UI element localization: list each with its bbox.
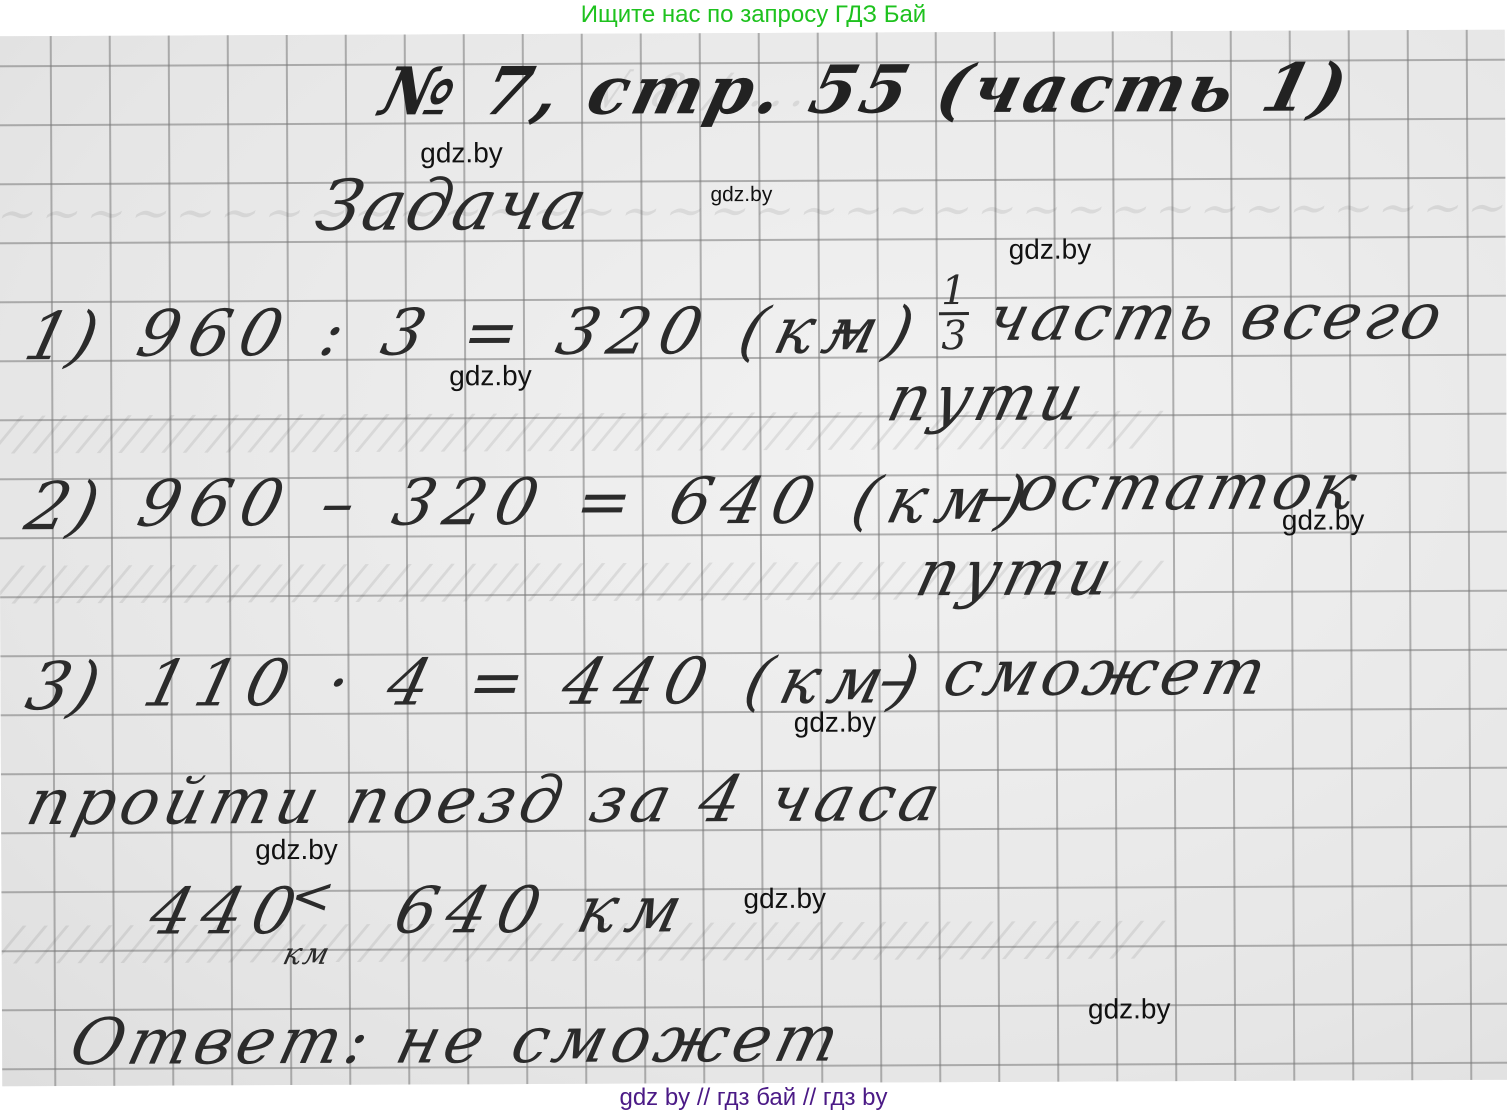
step-3-label: 3) bbox=[19, 648, 110, 725]
problem-title: Задача bbox=[308, 164, 597, 247]
fraction-numerator: 1 bbox=[941, 268, 967, 314]
step-1-comment: часть всего bbox=[980, 280, 1454, 356]
exercise-header: № 7, стр. 55 (часть 1) bbox=[373, 48, 1359, 130]
comparison-left-unit: км bbox=[279, 937, 334, 972]
step-2-comment-continued: пути bbox=[909, 536, 1123, 611]
answer-text: Ответ: не сможет bbox=[63, 1003, 851, 1080]
step-2-label: 2) bbox=[18, 468, 109, 545]
step-3-comment-continued: пройти поезд за 4 часа bbox=[20, 762, 952, 840]
step-1-comment-continued: пути bbox=[880, 362, 1094, 437]
search-hint-banner: Ищите нас по запросу ГДЗ Бай bbox=[0, 0, 1507, 33]
step-1-label: 1) bbox=[18, 298, 109, 375]
watermark: gdz.by bbox=[1282, 505, 1365, 535]
watermark: gdz.by bbox=[1009, 235, 1092, 265]
step-2-expression: 960 – 320 = 640 (км) bbox=[131, 464, 1044, 542]
fraction-denominator: 3 bbox=[941, 313, 967, 359]
step-1-fraction: 1 3 bbox=[939, 272, 969, 355]
watermark: gdz.by bbox=[1088, 994, 1171, 1024]
watermark: gdz.by bbox=[710, 183, 772, 207]
watermark: gdz.by bbox=[794, 707, 877, 737]
step-3-comment: сможет bbox=[936, 636, 1277, 711]
watermark: gdz.by bbox=[449, 361, 532, 391]
watermark: gdz.by bbox=[743, 884, 826, 914]
bleed-through-text: ////////////////////////////////////////… bbox=[0, 550, 1507, 611]
comparison-right: 640 км bbox=[387, 873, 699, 948]
watermark: gdz.by bbox=[255, 835, 338, 865]
site-footer-banner: gdz by // гдз бай // гдз by bbox=[0, 1083, 1507, 1115]
watermark: gdz.by bbox=[420, 138, 503, 168]
notebook-page-photo: √ 8 / ... ~~~~~~~~~~~~~~~~~~~~~~~~~~~~~~… bbox=[0, 30, 1507, 1087]
